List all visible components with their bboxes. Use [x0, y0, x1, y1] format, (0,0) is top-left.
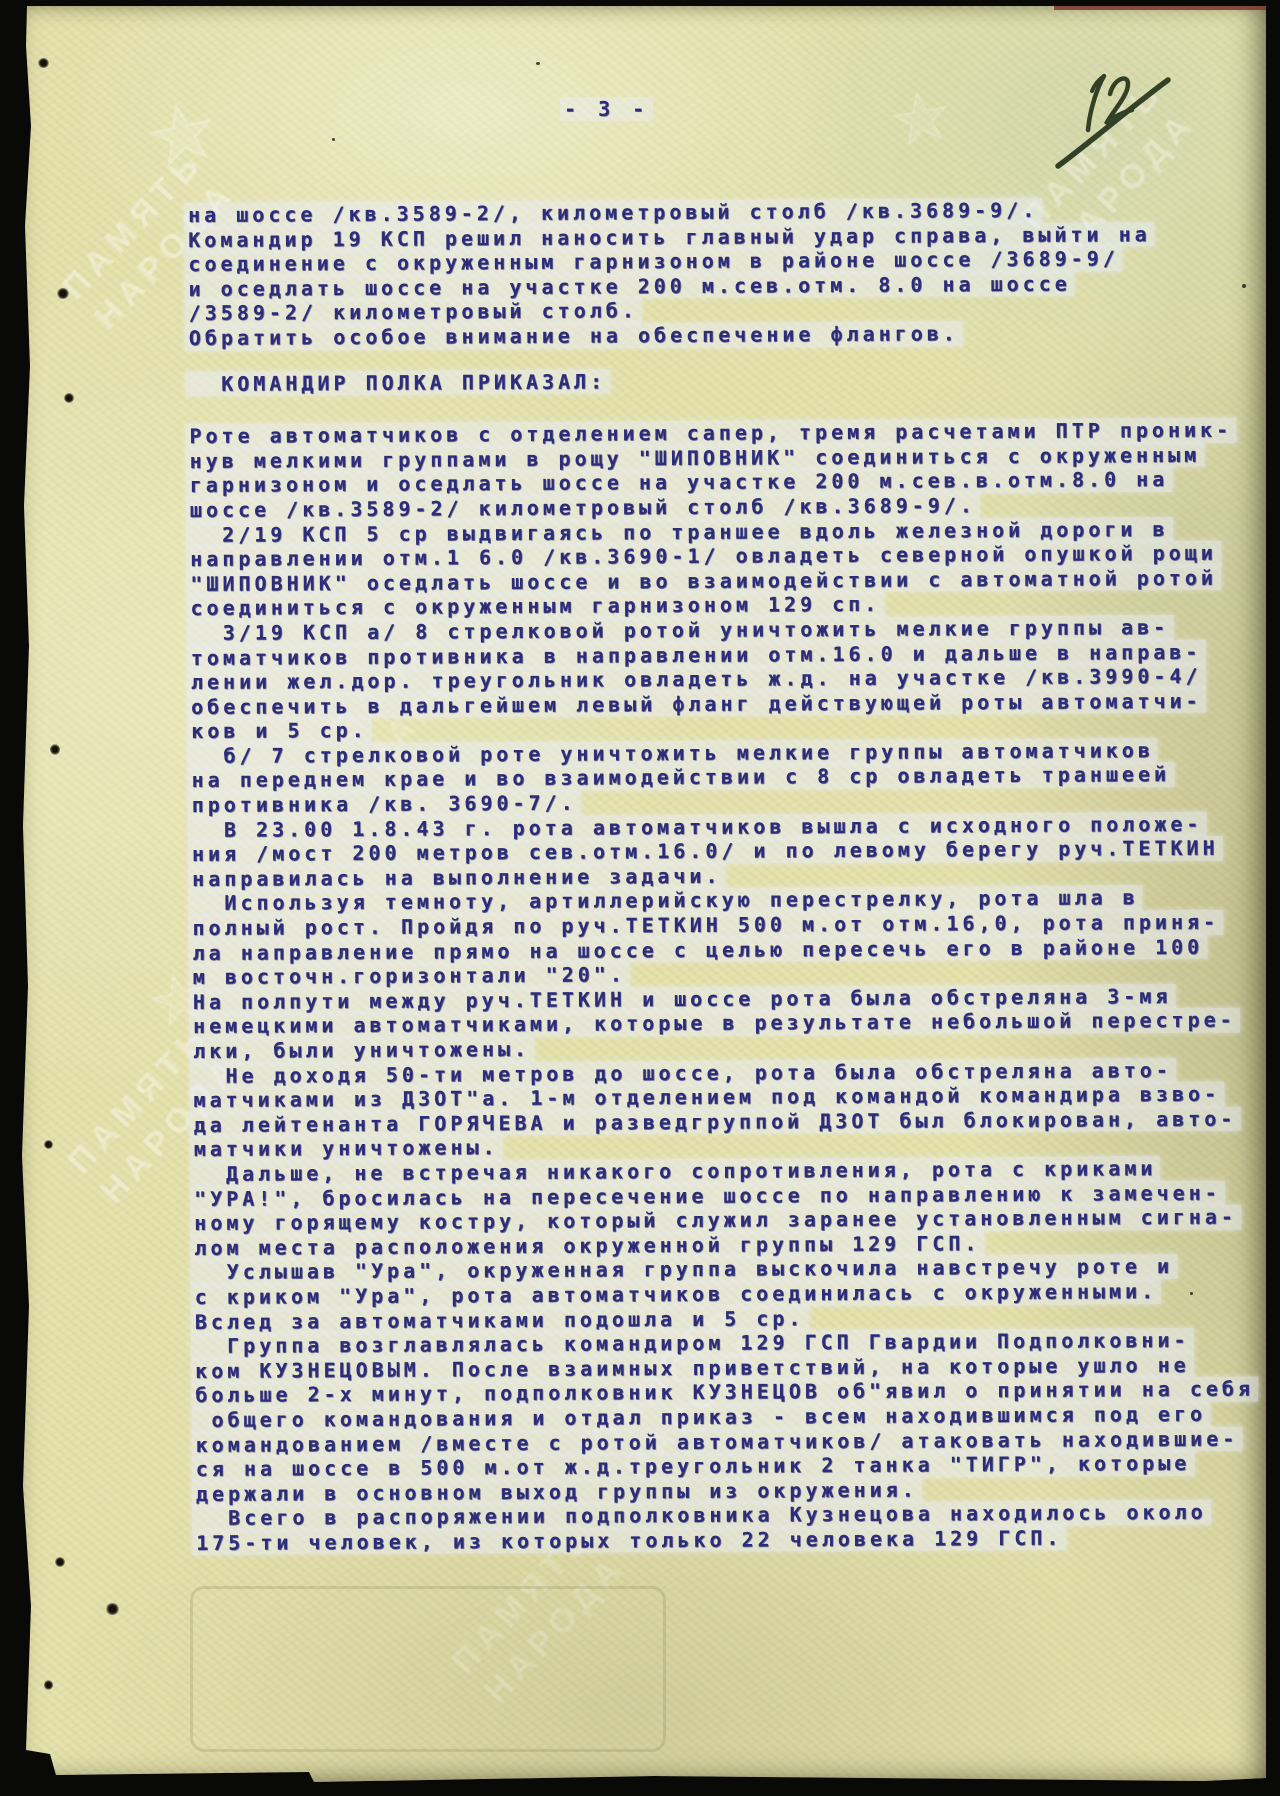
stamp-impression [190, 1586, 666, 1752]
ink-speck [332, 138, 335, 141]
paragraph: Не доходя 50-ти метров до шоссе, рота бы… [193, 1057, 1256, 1162]
punch-hole [50, 744, 60, 755]
text-line: ния /мост 200 метров сев.отм.16.0/ и по … [188, 836, 1223, 867]
text-line: Вслед за автоматчиками подошла и 5 ср. [191, 1306, 809, 1334]
punch-hole [64, 393, 74, 403]
punch-hole [44, 1680, 53, 1690]
paragraph: Услышав "Ура", окруженная группа выскочи… [194, 1254, 1257, 1334]
text-line: /3589-2/ километровый столб. [185, 299, 642, 326]
paragraph: На полпути между руч.ТЕТКИН и шоссе рота… [193, 983, 1256, 1063]
text-line: ся на шоссе в 500 м.от ж.д.треугольник 2… [192, 1451, 1195, 1482]
text-line: ков и 5 ср. [187, 718, 372, 744]
paragraph: Группа возглавлялась командиром 129 ГСП … [195, 1328, 1259, 1507]
page-number: - 3 - [560, 97, 653, 121]
text-line: направилась на выполнение задачи. [188, 864, 725, 892]
watermark-star-icon [889, 86, 954, 151]
text-line: ному горящему костру, который служил зар… [190, 1205, 1241, 1236]
paragraph: Дальше, не встречая никакого сопротивлен… [194, 1155, 1257, 1260]
text-line: на переднем крае и во взаимодействии с 8… [187, 762, 1174, 793]
text-line: Обратить особое внимание на обеспечение … [185, 321, 963, 350]
text-line: 175-ти человек, из которых только 22 чел… [192, 1526, 1066, 1556]
text-line: матчики уничтожены. [190, 1135, 503, 1162]
text-line: обеспечить в дальгейшем левый фланг дейс… [187, 688, 1206, 719]
text-line: лки, были уничтожены. [189, 1037, 534, 1064]
heading-line: КОМАНДИР ПОЛКА ПРИКАЗАЛ: [185, 369, 610, 396]
paragraph: Роте автоматчиков с отделением сапер, тр… [189, 418, 1252, 523]
paragraph: б/ 7 стрелковой роте уничтожить мелкие г… [191, 737, 1254, 817]
paragraph: 2/19 КСП 5 ср выдвигаясь по траншее вдол… [190, 516, 1253, 621]
text-line: гарнизоном и оседлать шоссе на участке 2… [186, 467, 1173, 498]
paragraph: на шоссе /кв.3589-2/, километровый столб… [188, 197, 1252, 351]
text-line: м восточн.горизонтали "20". [189, 963, 630, 990]
text-line: противника /кв. 3690-7/. [188, 791, 581, 818]
paragraph: В 23.00 1.8.43 г. рота автоматчиков вышл… [192, 811, 1255, 891]
typed-text-block: на шоссе /кв.3589-2/, километровый столб… [188, 197, 1259, 1556]
punch-hole [38, 58, 49, 68]
punch-hole [57, 288, 69, 299]
handwritten-mark [1044, 50, 1184, 175]
text-line: и оседлать шоссе на участке 200 м.сев.от… [184, 271, 1074, 301]
paragraph: 3/19 КСП а/ 8 стрелковой ротой уничтожит… [191, 614, 1254, 743]
order-heading-block: КОМАНДИР ПОЛКА ПРИКАЗАЛ: [189, 365, 1252, 396]
text-line: с криком "Ура", рота автоматчиков соедин… [191, 1279, 1162, 1310]
punch-hole [106, 1603, 119, 1615]
paragraph: Всего в распоряжении подполковника Кузне… [196, 1500, 1259, 1556]
scan-edge-artifact [1054, 6, 1266, 10]
text-line: немецкими автоматчиками, которые в резул… [189, 1008, 1240, 1039]
ink-speck [536, 62, 540, 65]
punch-hole [44, 1140, 53, 1149]
paragraph: Используя темноту, артиллерийскую перест… [192, 885, 1255, 990]
document-page: ПАМЯТЬ НАРОДА ПАМЯТЬ НАРОДА ПАМЯТЬ НАРОД… [14, 6, 1266, 1784]
punch-hole [55, 1557, 65, 1567]
